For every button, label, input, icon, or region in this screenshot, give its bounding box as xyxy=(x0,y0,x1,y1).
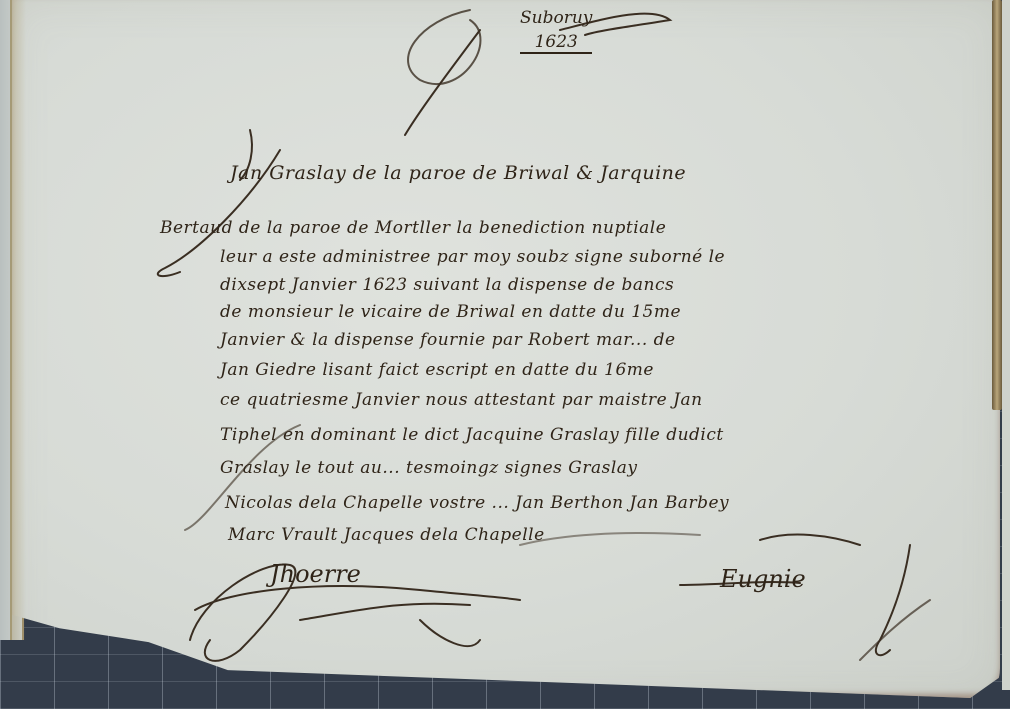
entry-line-3: leur a este administree par moy soubz si… xyxy=(220,247,725,267)
entry-line-6: Janvier & la dispense fournie par Robert… xyxy=(220,330,676,350)
header-year: 1623 xyxy=(520,32,592,54)
signature-left: Jhoerre xyxy=(270,560,361,588)
entry-line-2: Bertaud de la paroe de Mortller la bened… xyxy=(160,218,666,238)
entry-header: Suboruy 1623 xyxy=(520,8,592,54)
right-page-edge xyxy=(1002,0,1010,690)
entry-line-7: Jan Giedre lisant faict escript en datte… xyxy=(220,360,654,380)
entry-line-11: Nicolas dela Chapelle vostre ... Jan Ber… xyxy=(225,493,729,513)
binding-strip xyxy=(992,0,1002,410)
header-label: Suboruy xyxy=(520,8,592,28)
entry-line-8: ce quatriesme Janvier nous attestant par… xyxy=(220,390,703,410)
entry-line-12: Marc Vrault Jacques dela Chapelle xyxy=(228,525,545,545)
entry-line-5: de monsieur le vicaire de Briwal en datt… xyxy=(220,302,681,322)
page-gutter xyxy=(10,0,26,640)
entry-line-1: Jan Graslay de la paroe de Briwal & Jarq… xyxy=(230,162,686,184)
entry-line-4: dixsept Janvier 1623 suivant la dispense… xyxy=(220,275,674,295)
entry-line-9: Tiphel en dominant le dict Jacquine Gras… xyxy=(220,425,724,445)
entry-line-10: Graslay le tout au... tesmoingz signes G… xyxy=(220,458,638,478)
signature-right: Eugnie xyxy=(720,565,806,593)
